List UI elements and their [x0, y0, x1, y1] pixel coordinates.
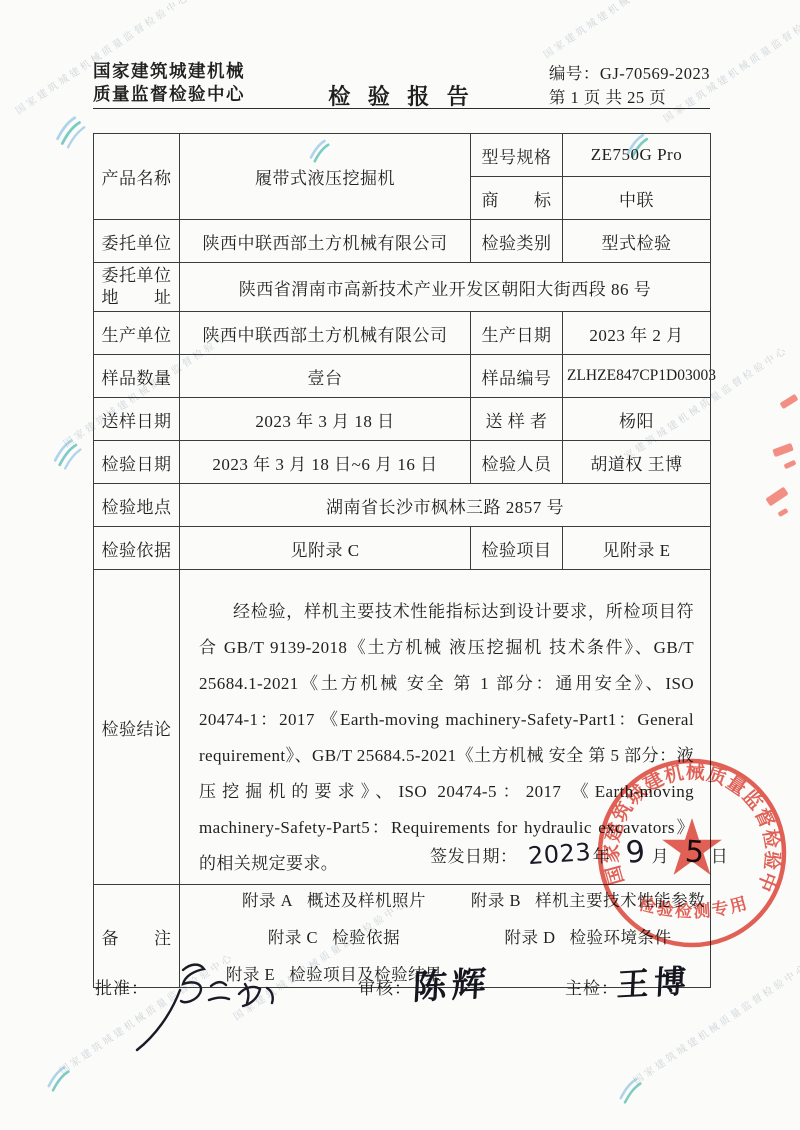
table-row: 检验日期 2023 年 3 月 18 日~6 月 16 日 检验人员 胡道权 王… — [94, 441, 711, 484]
report-header: 国家建筑城建机械 质量监督检验中心 检 验 报 告 编号：GJ-70569-20… — [93, 60, 710, 106]
watermark-logo-icon — [42, 1064, 76, 1098]
production-date-label: 生产日期 — [471, 312, 563, 355]
table-row: 送样日期 2023 年 3 月 18 日 送 样 者 杨阳 — [94, 398, 711, 441]
inspection-place-label: 检验地点 — [94, 484, 180, 527]
inspectors-value: 胡道权 王博 — [563, 441, 711, 484]
table-row: 生产单位 陕西中联西部土方机械有限公司 生产日期 2023 年 2 月 — [94, 312, 711, 355]
trademark-value: 中联 — [563, 177, 711, 220]
edge-seal-fragment — [784, 460, 797, 470]
inspection-date-label: 检验日期 — [94, 441, 180, 484]
table-row: 样品数量 壹台 样品编号 ZLHZE847CP1D03003 — [94, 355, 711, 398]
watermark-logo-icon — [50, 114, 88, 152]
watermark-text: 国家建筑城建机械质量监督检验中心 — [540, 0, 721, 61]
table-row: 检验地点 湖南省长沙市枫林三路 2857 号 — [94, 484, 711, 527]
chief-label: 主检： — [565, 974, 619, 999]
chief-inspector-signature: 王博 — [616, 956, 692, 1006]
reviewer-signature: 陈辉 — [412, 956, 492, 1009]
inspection-category-label: 检验类别 — [471, 220, 563, 263]
appendix-desc: 概述及样机照片 — [307, 891, 426, 910]
inspectors-label: 检验人员 — [471, 441, 563, 484]
approver-signature — [125, 956, 295, 1052]
sample-no-value: ZLHZE847CP1D03003 — [563, 355, 711, 398]
table-row: 产品名称 履带式液压挖掘机 型号规格 ZE750G Pro — [94, 134, 711, 177]
product-name-value: 履带式液压挖掘机 — [180, 134, 471, 220]
client-label: 委托单位 — [94, 220, 180, 263]
inspection-category-value: 型式检验 — [563, 220, 711, 263]
delivery-date-label: 送样日期 — [94, 398, 180, 441]
sample-no-label: 样品编号 — [471, 355, 563, 398]
inspection-items-label: 检验项目 — [471, 527, 563, 570]
conclusion-label: 检验结论 — [94, 570, 180, 885]
inspection-date-value: 2023 年 3 月 18 日~6 月 16 日 — [180, 441, 471, 484]
inspection-items-value: 见附录 E — [563, 527, 711, 570]
model-value: ZE750G Pro — [563, 134, 711, 177]
appendix-code: 附录 B — [471, 891, 521, 910]
manufacturer-value: 陕西中联西部土方机械有限公司 — [180, 312, 471, 355]
page-indicator: 第 1 页 共 25 页 — [549, 86, 710, 110]
sample-sender-value: 杨阳 — [563, 398, 711, 441]
watermark-logo-icon — [614, 1076, 648, 1110]
appendix-item: 附录 A概述及样机照片 — [198, 887, 470, 911]
seal-star-icon — [662, 818, 722, 875]
client-address-value: 陕西省渭南市高新技术产业开发区朝阳大街西段 86 号 — [180, 263, 711, 312]
appendix-code: 附录 C — [268, 928, 318, 947]
sample-quantity-label: 样品数量 — [94, 355, 180, 398]
header-divider — [93, 108, 710, 109]
issue-date-label: 签发日期： — [430, 847, 518, 866]
official-seal-stamp: 国家建筑城建机械质量监督检验中心 检验检测专用章 — [572, 748, 800, 958]
appendix-code: 附录 A — [242, 891, 293, 910]
client-address-label-line1: 委托单位 — [98, 265, 175, 287]
appendix-code: 附录 D — [504, 928, 555, 947]
report-number: 编号：GJ-70569-2023 — [549, 62, 710, 86]
table-row: 委托单位 陕西中联西部土方机械有限公司 检验类别 型式检验 — [94, 220, 711, 263]
production-date-value: 2023 年 2 月 — [563, 312, 711, 355]
report-page: { "header": { "org_line1": "国家建筑城建机械", "… — [0, 0, 800, 1130]
client-address-label: 委托单位 地 址 — [94, 263, 180, 312]
inspection-basis-label: 检验依据 — [94, 527, 180, 570]
table-row: 委托单位 地 址 陕西省渭南市高新技术产业开发区朝阳大街西段 86 号 — [94, 263, 711, 312]
edge-seal-fragment — [772, 443, 794, 457]
appendix-item: 附录 C检验依据 — [198, 924, 470, 948]
review-label: 审核： — [358, 974, 412, 999]
table-row: 检验依据 见附录 C 检验项目 见附录 E — [94, 527, 711, 570]
delivery-date-value: 2023 年 3 月 18 日 — [180, 398, 471, 441]
appendix-desc: 检验依据 — [332, 928, 400, 947]
manufacturer-label: 生产单位 — [94, 312, 180, 355]
inspection-place-value: 湖南省长沙市枫林三路 2857 号 — [180, 484, 711, 527]
report-meta: 编号：GJ-70569-2023 第 1 页 共 25 页 — [549, 62, 710, 110]
edge-seal-fragment — [777, 508, 788, 517]
client-address-label-line2: 地 址 — [98, 287, 175, 309]
trademark-label: 商 标 — [471, 177, 563, 220]
edge-seal-fragment — [780, 394, 799, 409]
product-name-label: 产品名称 — [94, 134, 180, 220]
model-label: 型号规格 — [471, 134, 563, 177]
client-value: 陕西中联西部土方机械有限公司 — [180, 220, 471, 263]
watermark-logo-icon — [48, 437, 84, 473]
sample-sender-label: 送 样 者 — [471, 398, 563, 441]
edge-seal-fragment — [765, 487, 788, 507]
inspection-basis-value: 见附录 C — [180, 527, 471, 570]
sample-quantity-value: 壹台 — [180, 355, 471, 398]
